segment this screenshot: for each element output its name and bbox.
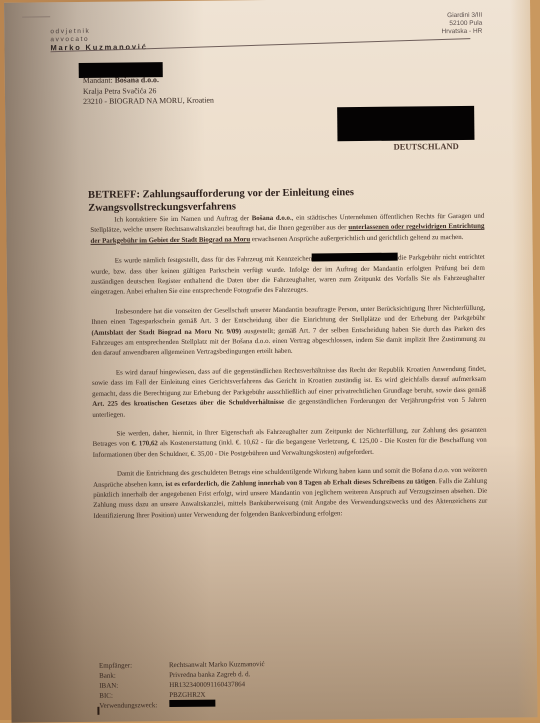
paragraph-2: Es wurde nämlich festgestellt, dass für … — [91, 252, 485, 299]
address-line: Hrvatska - HR — [441, 28, 482, 36]
bank-details: Empfänger:Rechtsanwalt Marko Kuzmanović … — [99, 659, 265, 711]
redacted-license-plate — [312, 253, 398, 262]
bank-row-purpose: Verwendungszweck: — [99, 699, 265, 711]
paragraph-1: Ich kontaktiere Sie im Namen und Auftrag… — [90, 212, 484, 247]
recipient-block: Mandant: Bošana d.o.o. Kralja Petra Svač… — [83, 75, 214, 108]
bic-value: PBZGHR2X — [169, 690, 205, 700]
law-reference: Art. 225 des kroatischen Gesetzes über d… — [92, 399, 284, 408]
redacted-addressee — [337, 106, 474, 141]
mandant-city: 23210 - BIOGRAD NA MORU, Kroatien — [83, 96, 214, 108]
letter-body: Ich kontaktiere Sie im Namen und Auftrag… — [90, 212, 487, 531]
redacted-reference — [169, 700, 215, 707]
letterhead-address: Giardini 3/III 52100 Pula Hrvatska - HR — [441, 12, 482, 36]
paragraph-5: Sie werden, daher, hiermit, in Ihrer Eig… — [92, 426, 486, 461]
text: Es wird darauf hingewiesen, dass auf die… — [92, 366, 486, 398]
client-name: Bošana d.o.o. — [252, 215, 292, 222]
text: Insbesondere hat die vonseiten der Gesel… — [91, 305, 485, 327]
subject-heading: BETREFF: Zahlungsaufforderung vor der Ei… — [88, 185, 448, 215]
gazette-reference: (Amtsblatt der Stadt Biograd na Moru Nr.… — [91, 328, 241, 337]
bank-value: Rechtsanwalt Marko Kuzmanović — [169, 659, 265, 670]
letter-page: odvjetnik avvocato Marko Kuzmanović Giar… — [4, 0, 538, 720]
text: Ich kontaktiere Sie im Namen und Auftrag… — [114, 215, 251, 223]
paragraph-3: Insbesondere hat die vonseiten der Gesel… — [91, 304, 486, 360]
corner-mark — [22, 16, 50, 17]
margin-mark — [97, 707, 99, 715]
total-amount: €. 170,62 — [131, 440, 157, 447]
text: Es wurde nämlich festgestellt, dass für … — [115, 256, 313, 265]
payment-deadline: ist es erforderlich, die Zahlung innerha… — [165, 478, 435, 488]
text: erwachsenen Ansprüche außergerichtlich u… — [250, 234, 463, 243]
mandant-label: Mandant: — [83, 76, 113, 85]
iban-value: HR1323400091160437864 — [169, 679, 245, 690]
paragraph-4: Es wird darauf hingewiesen, dass auf die… — [92, 365, 487, 421]
addressee-country: DEUTSCHLAND — [393, 141, 458, 152]
paragraph-6: Damit die Entrichtung des geschuldeten B… — [93, 466, 488, 522]
mandant-name: Bošana d.o.o. — [115, 75, 159, 84]
bank-label: Verwendungszweck: — [99, 700, 169, 711]
